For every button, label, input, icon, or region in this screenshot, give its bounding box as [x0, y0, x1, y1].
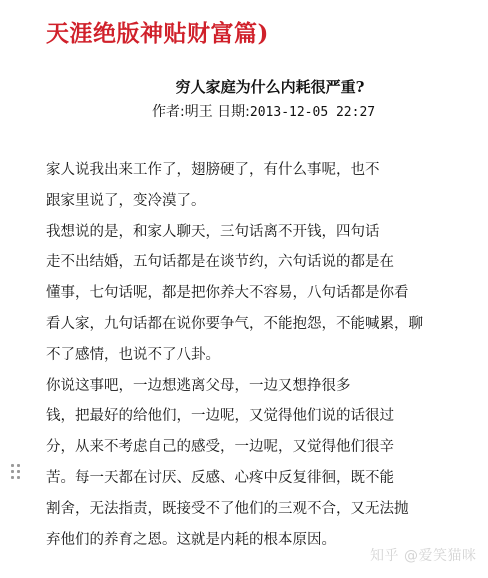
author-label: 作者: [152, 104, 185, 120]
post-date: 2013-12-05 22:27 [250, 105, 375, 120]
body-line: 割舍，无法指责，既接受不了他们的三观不合，又无法抛 [46, 494, 406, 525]
author-name: 明王 [185, 104, 213, 120]
body-line: 不了感情，也说不了八卦。 [46, 340, 406, 371]
date-label: 日期: [217, 104, 250, 120]
article-meta: 作者:明王 日期:2013-12-05 22:27 [152, 101, 375, 121]
body-line: 我想说的是，和家人聊天，三句话离不开钱，四句话 [46, 217, 406, 248]
article-body: 家人说我出来工作了，翅膀硬了，有什么事呢，也不 跟家里说了，变冷漠了。 我想说的… [46, 155, 406, 555]
watermark: 知乎 @爱笑猫咪 [370, 545, 476, 565]
body-line: 分，从来不考虑自己的感受，一边呢，又觉得他们很辛 [46, 432, 406, 463]
body-line: 你说这事吧，一边想逃离父母，一边又想挣很多 [46, 371, 406, 402]
drag-handle-icon[interactable] [11, 464, 20, 479]
body-line: 钱，把最好的给他们，一边呢，又觉得他们说的话很过 [46, 401, 406, 432]
article-title: 穷人家庭为什么内耗很严重? [0, 76, 488, 97]
body-line: 弃他们的养育之恩。这就是内耗的根本原因。 [46, 525, 406, 556]
body-line: 懂事，七句话呢，都是把你养大不容易，八句话都是你看 [46, 278, 406, 309]
body-line: 走不出结婚，五句话都是在谈节约，六句话说的都是在 [46, 247, 406, 278]
body-line: 看人家，九句话都在说你要争气，不能抱怨，不能喊累，聊 [46, 309, 406, 340]
body-line: 跟家里说了，变冷漠了。 [46, 186, 406, 217]
site-title: 天涯绝版神贴财富篇) [46, 15, 269, 48]
body-line: 家人说我出来工作了，翅膀硬了，有什么事呢，也不 [46, 155, 406, 186]
body-line: 苦。每一天都在讨厌、反感、心疼中反复徘徊，既不能 [46, 463, 406, 494]
